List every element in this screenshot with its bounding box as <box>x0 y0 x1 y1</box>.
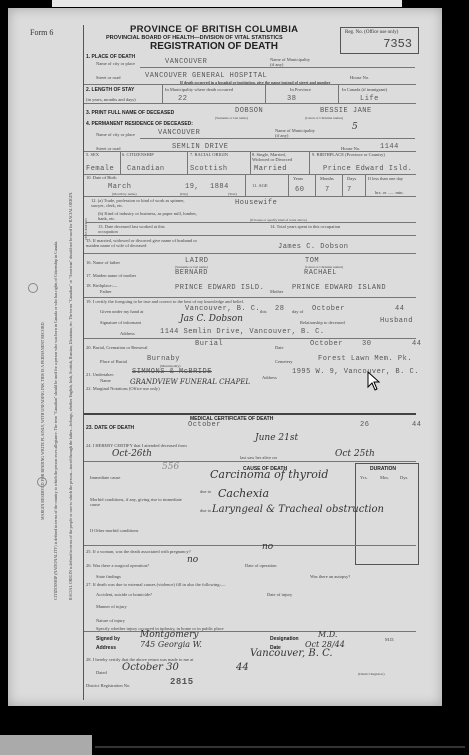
burial-place-label: Place of Burial <box>100 359 127 364</box>
accident-label: Accident, suicide or homicide? <box>96 592 152 597</box>
undertaker-name-label: Name <box>100 378 111 383</box>
deceased-given-names: BESSIE JANE <box>320 107 372 115</box>
dob-month: March <box>108 183 132 191</box>
undertaker-address-label: Address <box>262 375 277 380</box>
death-year: 44 <box>412 421 421 429</box>
op-date-label: Date of operation <box>245 563 277 568</box>
external-label: 27. If death was due to external causes … <box>86 582 225 587</box>
sex-label: 5. SEX <box>86 152 99 157</box>
margin-racial-note: RACIAL ORIGIN is defined in terms of the… <box>68 180 73 600</box>
stay-province-label: In Province <box>290 87 311 92</box>
cemetery-label: Cemetery <box>275 359 293 364</box>
operation-label: 26. Was there a surgical operation? <box>86 563 149 568</box>
certify-label: 19. I certify the foregoing to be true a… <box>86 299 244 304</box>
cemetery-value: Forest Lawn Mem. Pk. <box>318 355 412 363</box>
res-city-label: Name of city or place <box>96 132 135 137</box>
yrs-label: Yrs. <box>360 475 368 480</box>
stay-province: 38 <box>287 95 296 103</box>
stay-canada-label: In Canada (if immigrant) <box>342 87 387 92</box>
nature-label: Nature of injury <box>96 618 125 623</box>
racial-origin-label: 7. RACIAL ORIGIN <box>190 152 228 157</box>
manner-label: Manner of injury <box>96 604 127 609</box>
undertaker-label: 21. Undertaker: <box>86 372 114 377</box>
last-seen-label: last saw her alive on <box>240 455 277 460</box>
last-seen: Oct 25th <box>335 449 375 459</box>
findings-label: State findings <box>96 574 121 579</box>
due-to-1: due to <box>200 489 211 494</box>
mos-label: Mos. <box>380 475 389 480</box>
informant-year: 44 <box>395 305 404 313</box>
age-months-label: Months <box>320 176 334 181</box>
designation-value: M.D. <box>318 630 337 639</box>
informant-address: 1144 Semlin Drive, Vancouver, B. C. <box>160 328 325 336</box>
racial-origin-value: Scottish <box>190 165 228 173</box>
burial-day: 30 <box>362 340 371 348</box>
burial-month: October <box>310 340 343 348</box>
undertaker-struck: SIMMONS & McBRIDE <box>132 368 212 376</box>
mother-given: RACHAEL <box>304 269 337 277</box>
death-day: 26 <box>360 421 369 429</box>
res-city: VANCOUVER <box>158 129 200 137</box>
residence-heading: 4. PERMANENT RESIDENCE OF DECEASED: <box>86 121 193 127</box>
stay-municipality: 22 <box>178 95 187 103</box>
house-label: House No. <box>350 75 369 80</box>
informant-place: Vancouver, B. C. <box>185 305 260 313</box>
duration-title: DURATION <box>370 466 396 472</box>
mother-surname: BERNARD <box>175 269 208 277</box>
years-spent-label: 14. Total years spent in this occupation <box>270 224 350 229</box>
age-label: 11. AGE <box>252 183 268 188</box>
spouse-label: 15. If married, widowed or divorced give… <box>86 238 201 248</box>
province-title: PROVINCE OF BRITISH COLUMBIA <box>130 24 298 35</box>
death-month: October <box>188 421 221 429</box>
age-hrs-label: hrs. or ...... min. <box>375 190 404 195</box>
res-street: SEMLIN DRIVE <box>172 143 228 151</box>
burial-label: 20. Burial, Cremation or Removal <box>86 345 148 350</box>
document-title: REGISTRATION OF DEATH <box>150 41 278 52</box>
father-surname: LAIRD <box>185 257 209 265</box>
reg-no-value: 7353 <box>383 37 412 51</box>
place-of-death-heading: 1. PLACE OF DEATH <box>86 54 135 60</box>
stay-municipality-label: In Municipality where death occurred <box>165 87 233 92</box>
md-label: M.D. <box>385 637 395 642</box>
informant-day: 28 <box>275 305 284 313</box>
autopsy-label: Was there an autopsy? <box>310 574 350 579</box>
injury-date-label: Date of injury <box>267 592 292 597</box>
bp-father-label: Father <box>100 289 112 294</box>
given-at-label: Given under my hand at <box>100 309 144 314</box>
cause-code: 556 <box>162 462 179 472</box>
margin-rule <box>83 25 84 700</box>
age-years: 60 <box>295 186 304 194</box>
undertaker-address: 1995 W. 9, Vancouver, B. C. <box>292 368 419 376</box>
given-label: (Given or Christian names) <box>305 116 343 120</box>
form-number: Form 6 <box>30 28 53 37</box>
undertaker-name: GRANDVIEW FUNERAL CHAPEL <box>130 378 250 386</box>
district-no-label: District Registration No. <box>86 683 130 688</box>
father-given: TOM <box>305 257 319 265</box>
district-no: 2815 <box>170 677 194 687</box>
marital-label: 8. Single, Married, Widowed or Divorced <box>252 152 302 162</box>
pregnancy-label: 25. If a woman, was the death associated… <box>86 549 191 554</box>
death-city: VANCOUVER <box>165 58 207 66</box>
attend-from: June 21st <box>255 433 298 443</box>
mouse-cursor-icon <box>367 371 381 391</box>
stay-sub-label: (in years, months and days) <box>86 97 136 102</box>
informant-month: October <box>312 305 345 313</box>
margin-citizenship-note: CITIZENSHIP (NATIONALITY) is defined in … <box>53 180 58 600</box>
signature-label: Signature of informant <box>100 320 141 325</box>
informant-signature: Jas C. Dobson <box>180 314 243 324</box>
immediate-label: Immediate cause <box>90 475 120 480</box>
municipality-label: Name of Municipality (if any) <box>270 57 310 67</box>
cause-b: Cachexia <box>218 487 269 500</box>
binding-hole <box>28 283 38 293</box>
cause-a: Carcinoma of thyroid <box>210 468 328 481</box>
morbid-label: Morbid conditions, if any, giving rise t… <box>90 497 190 507</box>
burial-value: Burial <box>195 340 223 348</box>
sex-value: Female <box>86 165 114 173</box>
name-heading: 3. PRINT FULL NAME OF DECEASED <box>86 110 174 116</box>
burial-date-label: Date <box>275 345 284 350</box>
bp-mother: PRINCE EDWARD ISLAND <box>292 284 386 292</box>
reg-no-label: Reg. No. (Office use only) <box>345 30 398 35</box>
surname-label: (Surname or last name) <box>215 116 248 120</box>
age-days-label: Days <box>347 176 356 181</box>
top-paper-edge <box>52 0 402 7</box>
day-of-label: day of <box>292 309 303 314</box>
stay-canada: Life <box>360 95 379 103</box>
death-street: VANCOUVER GENERAL HOSPITAL <box>145 72 267 80</box>
city-label: Name of city or place <box>96 61 135 66</box>
operation-value: no <box>187 555 198 565</box>
bp-father: PRINCE EDWARD ISLD. <box>175 284 264 292</box>
occupation-b-label: (b) Kind of industry or business, as pap… <box>98 211 198 221</box>
registrar-label: (District Registrar) <box>358 672 385 676</box>
marginal-label: 22. Marginal Notations (Office use only) <box>86 386 160 391</box>
occupation-a-label: 12. (a) Trade, profession or kind of wor… <box>91 198 196 208</box>
birthplace-label: 9. BIRTHPLACE (Province or Country) <box>312 152 385 157</box>
res-municipality-label: Name of Municipality (if any) <box>275 128 315 138</box>
dys-label: Dys. <box>400 475 408 480</box>
attend-label: 24. I HEREBY CERTIFY that I attended dec… <box>86 443 187 448</box>
informant-address-label: Address <box>120 331 135 336</box>
dob-day: 19, <box>185 183 199 191</box>
res-house: 1144 <box>380 143 399 151</box>
attend-to: Oct-26th <box>112 449 152 459</box>
dob-year: 1884 <box>210 183 229 191</box>
birthplace-value: Prince Edward Isld. <box>323 165 412 173</box>
citizenship-value: Canadian <box>127 165 165 173</box>
dated-label: Dated <box>96 670 107 675</box>
age-days: 7 <box>347 186 352 194</box>
due-to-2: due to <box>200 508 211 513</box>
relationship-value: Husband <box>380 317 413 325</box>
reg-no-box: Reg. No. (Office use only) 7353 <box>340 27 419 54</box>
age-years-label: Years <box>293 176 303 181</box>
street-label: Street or road <box>96 75 121 80</box>
margin-binding-note: MARGIN RESERVED FOR BINDING WRITE PLAINL… <box>40 321 45 520</box>
date-of-death-label: 23. DATE OF DEATH <box>86 425 134 431</box>
viewer-footer-thumb <box>0 735 92 755</box>
other-morbid-label: II Other morbid conditions <box>90 528 138 533</box>
physician-signature: Montgomery <box>140 630 198 640</box>
viewer-footer-strip <box>95 746 465 748</box>
physician-address: 745 Georgia W. <box>140 640 202 649</box>
res-municipality: 5 <box>352 122 358 132</box>
spouse-value: James C. Dobson <box>278 243 349 251</box>
occupation-value: Housewife <box>235 199 277 207</box>
birthplaces-label: 18. Birthplace:— <box>86 283 117 288</box>
age-less-label: If less than one day <box>368 176 403 181</box>
designation-label: Designation <box>270 636 299 642</box>
bp-mother-label: Mother <box>270 289 283 294</box>
physician-address-label: Address <box>96 645 116 651</box>
registrar-year: 44 <box>236 662 249 673</box>
date-worked-label: 13. Date deceased last worked at this oc… <box>98 224 183 234</box>
burial-year: 44 <box>412 340 421 348</box>
registrar-dated: October 30 <box>122 662 179 673</box>
citizenship-label: 6. CITIZENSHIP <box>122 152 154 157</box>
relationship-label: Relationship to deceased <box>300 320 345 325</box>
age-months: 7 <box>325 186 330 194</box>
dob-label: 10. Date of Birth <box>86 175 117 180</box>
binding-hole <box>37 477 47 487</box>
father-label: 16. Name of father <box>86 260 120 265</box>
pregnancy-value: no <box>262 542 273 552</box>
length-of-stay-heading: 2. LENGTH OF STAY <box>86 87 134 93</box>
burial-place: Burnaby <box>147 355 180 363</box>
signed-by-label: Signed by <box>96 636 120 642</box>
marital-value: Married <box>254 165 287 173</box>
this-label: this <box>260 309 267 314</box>
mother-label: 17. Maiden name of mother <box>86 273 136 278</box>
registrar-place: Vancouver, B. C. <box>250 648 333 659</box>
cause-c: Laryngeal & Tracheal obstruction <box>212 504 384 515</box>
deceased-surname: DOBSON <box>235 107 263 115</box>
